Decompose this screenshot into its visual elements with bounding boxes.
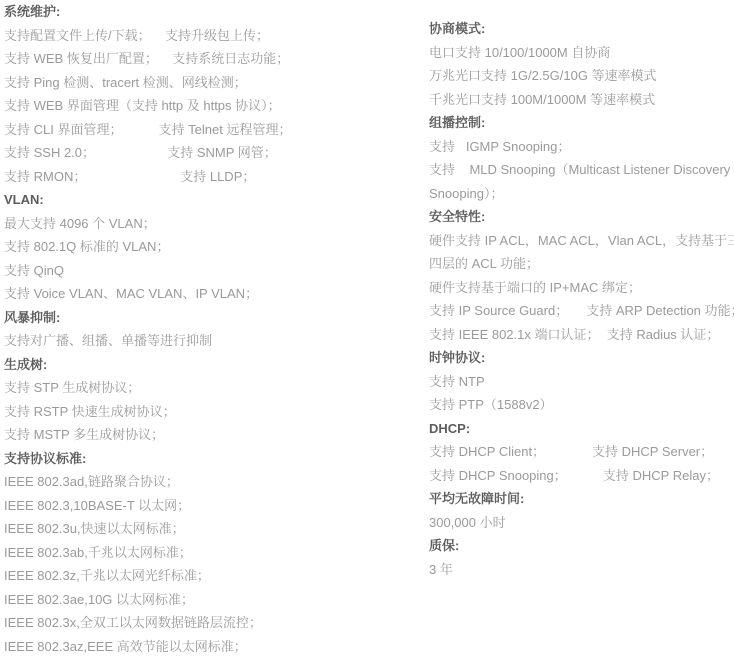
spec-line: 支持对广播、组播、单播等进行抑制 [4,329,424,353]
spec-line: IEEE 802.3ad,链路聚合协议； [4,470,424,494]
spec-line: 支持 WEB 界面管理（支持 http 及 https 协议）； [4,94,424,118]
spec-line: IEEE 802.3ae,10G 以太网标准； [4,588,424,612]
section-heading: 平均无故障时间: [429,487,734,511]
spec-line: IEEE 802.3x,全双工以太网数据链路层流控； [4,611,424,635]
spec-line: 支持 STP 生成树协议； [4,376,424,400]
spec-line: IEEE 802.3ab,千兆以太网标准； [4,541,424,565]
spec-sheet-page: 系统维护:支持配置文件上传/下载； 支持升级包上传；支持 WEB 恢复出厂配置；… [0,0,734,656]
spec-line: 支持 IGMP Snooping； [429,135,734,159]
section-heading: 系统维护: [4,0,424,24]
section-heading: 风暴抑制: [4,306,424,330]
section-heading: DHCP: [429,417,734,441]
section-heading: VLAN: [4,188,424,212]
section-heading: 安全特性: [429,205,734,229]
spec-line: 支持 RSTP 快速生成树协议； [4,400,424,424]
spec-line: 支持 SSH 2.0； 支持 SNMP 网管； [4,141,424,165]
spec-line: 支持 CLI 界面管理； 支持 Telnet 远程管理； [4,118,424,142]
spec-column-right: 协商模式:电口支持 10/100/1000M 自协商万兆光口支持 1G/2.5G… [429,17,734,581]
spec-line: 最大支持 4096 个 VLAN； [4,212,424,236]
spec-line: 支持配置文件上传/下载； 支持升级包上传； [4,24,424,48]
spec-line: IEEE 802.3,10BASE-T 以太网； [4,494,424,518]
spec-line: 支持 WEB 恢复出厂配置； 支持系统日志功能； [4,47,424,71]
spec-line: 支持 Voice VLAN、MAC VLAN、IP VLAN； [4,282,424,306]
section-heading: 生成树: [4,353,424,377]
spec-line: 支持 PTP（1588v2） [429,393,734,417]
spec-line: 支持 RMON； 支持 LLDP； [4,165,424,189]
spec-line: 支持 DHCP Snooping； 支持 DHCP Relay； [429,464,734,488]
spec-line: IEEE 802.3u,快速以太网标准； [4,517,424,541]
spec-line: 支持 MLD Snooping（Multicast Listener Disco… [429,158,734,182]
spec-line: 千兆光口支持 100M/1000M 等速率模式 [429,88,734,112]
section-heading: 组播控制: [429,111,734,135]
spec-line: Snooping）； [429,182,734,206]
spec-line: 支持 IEEE 802.1x 端口认证； 支持 Radius 认证； [429,323,734,347]
spec-line: 支持 802.1Q 标准的 VLAN； [4,235,424,259]
spec-line: 支持 IP Source Guard； 支持 ARP Detection 功能； [429,299,734,323]
spec-line: 支持 QinQ [4,259,424,283]
spec-line: 支持 Ping 检测、tracert 检测、网线检测； [4,71,424,95]
spec-line: 电口支持 10/100/1000M 自协商 [429,41,734,65]
spec-line: 硬件支持基于端口的 IP+MAC 绑定； [429,276,734,300]
spec-line: 300,000 小时 [429,511,734,535]
spec-line: 支持 DHCP Client； 支持 DHCP Server； [429,440,734,464]
section-heading: 支持协议标准: [4,447,424,471]
spec-line: IEEE 802.3z,千兆以太网光纤标准； [4,564,424,588]
spec-line: IEEE 802.3az,EEE 高效节能以太网标准； [4,635,424,656]
section-heading: 质保: [429,534,734,558]
section-heading: 协商模式: [429,17,734,41]
section-heading: 时钟协议: [429,346,734,370]
spec-line: 硬件支持 IP ACL，MAC ACL，Vlan ACL，支持基于三、 [429,229,734,253]
spec-line: 万兆光口支持 1G/2.5G/10G 等速率模式 [429,64,734,88]
spec-line: 支持 NTP [429,370,734,394]
spec-line: 3 年 [429,558,734,582]
spec-line: 四层的 ACL 功能； [429,252,734,276]
spec-line: 支持 MSTP 多生成树协议； [4,423,424,447]
spec-column-left: 系统维护:支持配置文件上传/下载； 支持升级包上传；支持 WEB 恢复出厂配置；… [4,0,424,656]
